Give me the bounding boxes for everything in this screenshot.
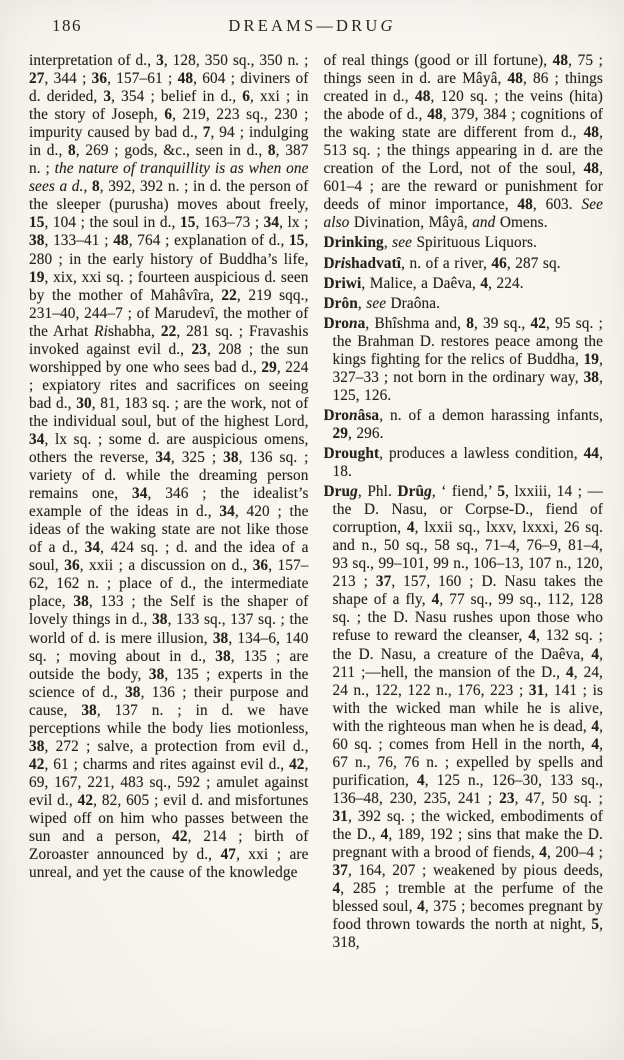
index-entry: Drug, Phl. Drûg, ‘ fiend,’ 5, lxxiii, 14… [324, 483, 604, 952]
index-entry: Drôn, see Draôna. [324, 295, 604, 313]
scan-page: 186 DREAMS—DRUG interpretation of d., 3,… [0, 0, 624, 1060]
index-entry: Drishadvatî, n. of a river, 46, 287 sq. [324, 255, 604, 273]
index-entry: Drinking, see Spirituous Liquors. [324, 234, 604, 252]
entry-continuation: of real things (good or ill fortune), 48… [324, 52, 604, 232]
index-entry: Drought, produces a lawless condition, 4… [324, 445, 604, 481]
entry-continuation: interpretation of d., 3, 128, 350 sq., 3… [29, 52, 309, 882]
index-entry: Drona, Bhîshma and, 8, 39 sq., 42, 95 sq… [324, 315, 604, 405]
text-columns: interpretation of d., 3, 128, 350 sq., 3… [29, 52, 603, 1060]
running-title: DREAMS—DRUG [0, 16, 624, 36]
right-column: of real things (good or ill fortune), 48… [324, 52, 604, 1060]
page-header: 186 DREAMS—DRUG [0, 14, 624, 40]
index-entry: Driwi, Malice, a Daêva, 4, 224. [324, 275, 604, 293]
index-entry: Dronâsa, n. of a demon harassing infants… [324, 407, 604, 443]
left-column: interpretation of d., 3, 128, 350 sq., 3… [29, 52, 309, 1060]
